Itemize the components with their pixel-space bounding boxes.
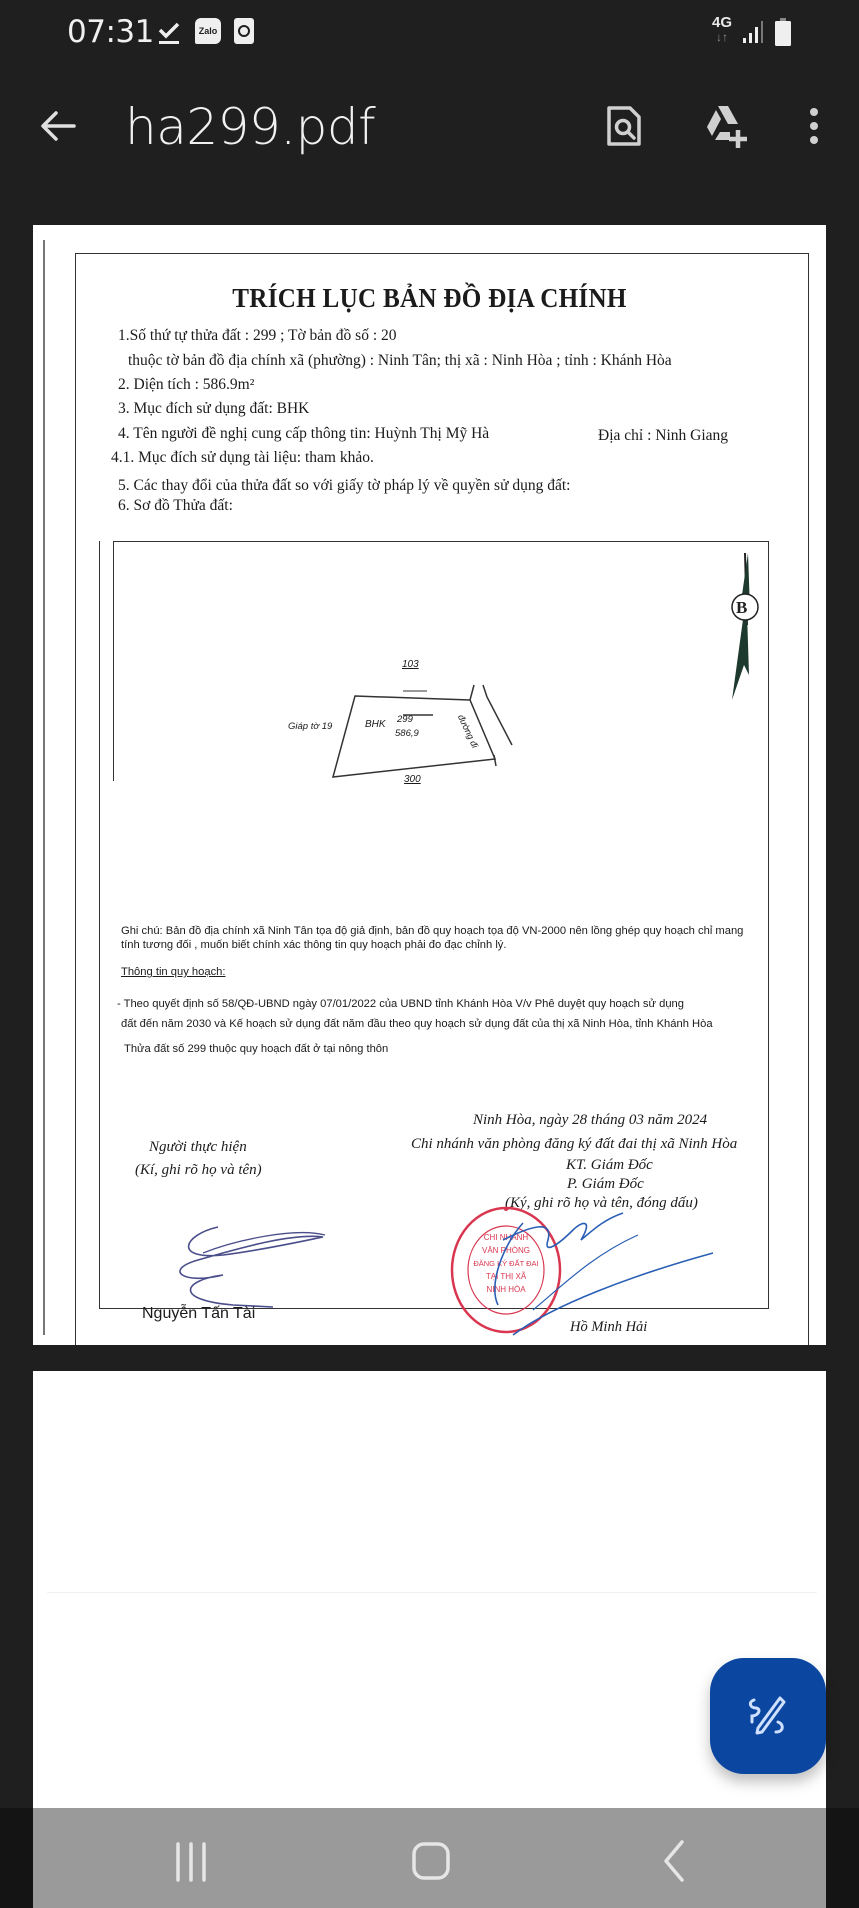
performer-name: Nguyễn Tấn Tài	[142, 1305, 255, 1323]
deputy-title-kt: KT. Giám Đốc	[566, 1157, 653, 1174]
pen-squiggle-icon	[744, 1692, 792, 1740]
more-options-icon[interactable]	[800, 102, 828, 150]
cadastral-extract-document: TRÍCH LỤC BẢN ĐỒ ĐỊA CHÍNH 1.Số thứ tự t…	[33, 225, 826, 1345]
search-document-icon[interactable]	[600, 102, 648, 150]
svg-text:NINH HÒA: NINH HÒA	[486, 1285, 526, 1294]
svg-text:CHI NHÁNH: CHI NHÁNH	[484, 1233, 529, 1242]
svg-text:ĐĂNG KÝ ĐẤT ĐAI: ĐĂNG KÝ ĐẤT ĐAI	[473, 1258, 538, 1268]
download-done-icon	[156, 18, 182, 46]
pdf-page-1[interactable]: TRÍCH LỤC BẢN ĐỒ ĐỊA CHÍNH 1.Số thứ tự t…	[33, 225, 826, 1345]
parcel-area-label: 586,9	[395, 728, 419, 739]
back-arrow-icon[interactable]	[38, 106, 78, 146]
clock-icon	[234, 18, 254, 44]
signal-icon	[742, 20, 764, 44]
deputy-title-pgd: P. Giám Đốc	[567, 1176, 644, 1193]
director-name: Hồ Minh Hải	[570, 1319, 647, 1336]
official-stamp: CHI NHÁNH VĂN PHÒNG ĐĂNG KÝ ĐẤT ĐAI TẠI …	[452, 1207, 560, 1332]
recent-apps-icon[interactable]	[167, 1836, 217, 1884]
annotate-button[interactable]	[710, 1658, 826, 1774]
planning-heading: Thông tin quy hoạch:	[121, 966, 226, 978]
svg-text:TẠI THỊ XÃ: TẠI THỊ XÃ	[486, 1272, 527, 1281]
status-bar: 07:31 Zalo 4G ↓↑	[0, 0, 859, 64]
left-signing-instruction: (Kí, ghi rõ họ và tên)	[135, 1162, 262, 1179]
parcel-sketch	[33, 225, 826, 785]
top-neighbor-label: 103	[402, 659, 419, 670]
note-line-2: tính tương đối , muốn biết chính xác thô…	[121, 939, 507, 951]
parcel-use-label: BHK	[365, 719, 386, 730]
signatures-and-stamp: CHI NHÁNH VĂN PHÒNG ĐĂNG KÝ ĐẤT ĐAI TẠI …	[33, 1205, 826, 1345]
document-title: ha299.pdf	[125, 98, 375, 156]
performer-title: Người thực hiện	[149, 1139, 247, 1156]
planning-line-1: - Theo quyết định số 58/QĐ-UBND ngày 07/…	[117, 998, 684, 1010]
battery-icon	[775, 18, 791, 46]
bottom-neighbor-label: 300	[404, 774, 421, 785]
left-neighbor-label: Giáp tờ 19	[288, 721, 332, 732]
system-navigation-bar	[0, 1808, 859, 1908]
north-arrow-icon	[732, 553, 758, 700]
app-bar: ha299.pdf	[0, 64, 859, 192]
status-time: 07:31	[67, 14, 154, 50]
planning-line-3: Thửa đất số 299 thuộc quy hoạch đất ở tạ…	[124, 1043, 388, 1055]
office-name: Chi nhánh văn phòng đăng ký đất đai thị …	[411, 1136, 737, 1153]
pdf-page-2[interactable]	[33, 1371, 826, 1811]
system-back-icon[interactable]	[648, 1836, 698, 1884]
parcel-number-label: 299	[397, 714, 413, 725]
home-icon[interactable]	[406, 1836, 456, 1884]
note-line-1: Ghi chú: Bản đồ địa chính xã Ninh Tân tọ…	[121, 925, 743, 937]
date-line: Ninh Hòa, ngày 28 tháng 03 năm 2024	[473, 1112, 707, 1129]
planning-line-2: đất đến năm 2030 và Kế hoạch sử dụng đất…	[121, 1018, 713, 1030]
add-to-drive-icon[interactable]	[700, 102, 748, 150]
north-label: B	[736, 598, 747, 618]
network-type-icon: 4G ↓↑	[712, 16, 732, 44]
zalo-icon: Zalo	[195, 18, 221, 44]
page-2-faint-rule	[47, 1592, 817, 1593]
